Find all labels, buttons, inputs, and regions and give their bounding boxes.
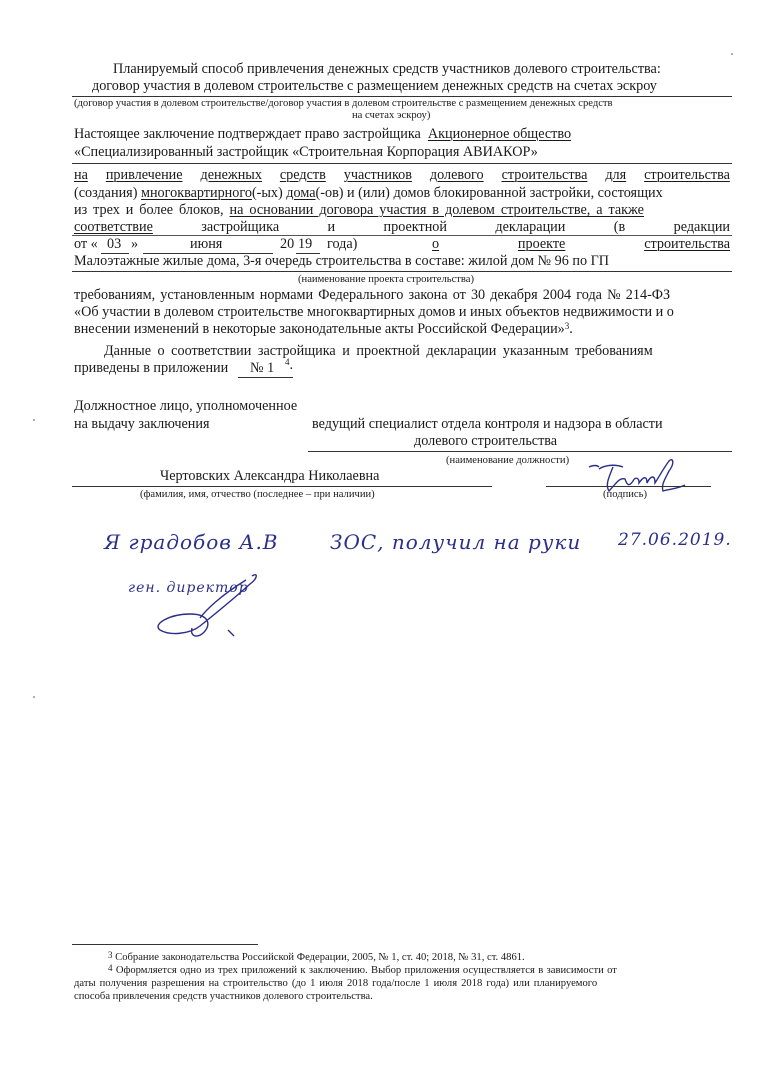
word: о [432,236,439,253]
project-name: Малоэтажные жилые дома, 3-я очередь стро… [74,253,609,270]
text: на основании договора участия в долевом … [230,202,644,218]
text: . [569,321,573,337]
date-suffix: года) [327,236,357,253]
word: строительства [502,167,588,184]
handwritten-receiver-name: Я градобов А.В [104,530,279,554]
word: застройщика [201,219,279,236]
purpose-line1: на привлечение денежных средств участник… [74,167,730,184]
purpose-line3: из трех и более блоков, на основании дог… [74,202,644,219]
scan-speck [33,696,35,698]
date-month: июня [190,236,222,253]
date-year-prefix: 20 [280,236,294,253]
word: долевого [430,167,484,184]
word: проекте [518,236,565,253]
word: (в [614,219,625,236]
project-underline [72,271,732,272]
footnote-separator [72,944,258,945]
scan-speck [731,53,733,55]
word: проектной [384,219,447,236]
word: соответствие [74,219,153,236]
footnote-text: Оформляется одно из трех приложений к за… [116,965,617,976]
text: из трех и более блоков, [74,202,230,218]
method-value: договор участия в долевом строительстве … [92,78,657,95]
text: . [290,357,294,373]
word: и [328,219,336,236]
date-day: 03 [107,236,121,253]
position-underline [308,451,732,452]
name-underline [72,486,492,487]
footnote-3: 3 Собрание законодательства Российской Ф… [108,952,525,964]
signature-hint: (подпись) [603,489,647,501]
footnote-ref: 4 [108,963,113,973]
handwritten-received-note: ЗОС, получил на руки [330,530,581,554]
appendix-prefix: приведены в приложении [74,360,228,377]
position-hint: (наименование должности) [446,455,569,467]
text: многоквартирного [141,185,252,201]
word: денежных [201,167,262,184]
word: средств [280,167,326,184]
word: участников [344,167,412,184]
project-hint: (наименование проекта строительства) [298,274,474,286]
position-line1: ведущий специалист отдела контроля и над… [312,416,663,433]
date-prefix: от « [74,236,98,253]
text: дома [286,185,315,201]
text: (-ых) [252,185,286,201]
purpose-line2: (создания) многоквартирного(-ых) дома(-о… [74,185,663,202]
word: привлечение [106,167,183,184]
official-label-line2: на выдачу заключения [74,416,209,433]
word: декларации [495,219,565,236]
footnote-ref: 3 [108,950,113,960]
date-year-suffix: 19 [298,236,312,253]
confirm-prefix: Настоящее заключение подтверждает право … [74,126,421,142]
confirm-line: Настоящее заключение подтверждает право … [74,126,571,143]
developer-name-line1: Акционерное общество [428,126,571,142]
method-title: Планируемый способ привлечения денежных … [113,61,661,78]
method-underline [72,96,732,97]
name-hint: (фамилия, имя, отчество (последнее – при… [140,489,375,501]
appendix-line1: Данные о соответствии застройщика и прое… [104,343,653,360]
footnote-4-line3: способа привлечения средств участников д… [74,991,373,1003]
handwritten-date: 27.06.2019. [618,530,732,550]
law-line1: требованиям, установленным нормами Федер… [74,287,670,304]
law-line3: внесении изменений в некоторые законодат… [74,321,573,338]
footnote-ref-3[interactable]: 3 [565,321,570,331]
word: строительства [644,236,730,253]
appendix-value: № 1 [250,360,274,377]
appendix-footnote: 4. [285,357,293,374]
appendix-underline [238,377,293,378]
word: на [74,167,88,184]
text: внесении изменений в некоторые законодат… [74,321,565,337]
method-hint-line1: (договор участия в долевом строительстве… [74,98,613,110]
purpose-line4: соответствие застройщика и проектной дек… [74,219,730,236]
document-page: Планируемый способ привлечения денежных … [0,0,764,1080]
word: для [605,167,626,184]
signature-underline [546,486,711,487]
law-line2: «Об участии в долевом строительстве мног… [74,304,674,321]
developer-name-line2: «Специализированный застройщик «Строител… [74,144,538,161]
text: (-ов) и (или) домов блокированной застро… [316,185,663,201]
footnote-4-line2: даты получения разрешения на строительст… [74,978,597,990]
word: редакции [674,219,730,236]
footnote-ref-4[interactable]: 4 [285,357,290,367]
official-label-line1: Должностное лицо, уполномоченное [74,398,297,415]
position-line2: долевого строительства [414,433,557,450]
footnote-4-line1: 4 Оформляется одно из трех приложений к … [108,965,617,977]
word: строительства [644,167,730,184]
text: (создания) [74,185,141,201]
footnote-text: Собрание законодательства Российской Фед… [115,952,525,963]
about-project: о проекте строительства [432,236,730,253]
date-quote-close: » [131,236,138,253]
handwritten-signature-icon [150,570,260,645]
developer-underline [72,163,732,164]
scan-speck [33,419,35,421]
method-hint-line2: на счетах эскроу) [352,110,430,122]
official-full-name: Чертовских Александра Николаевна [160,468,379,485]
